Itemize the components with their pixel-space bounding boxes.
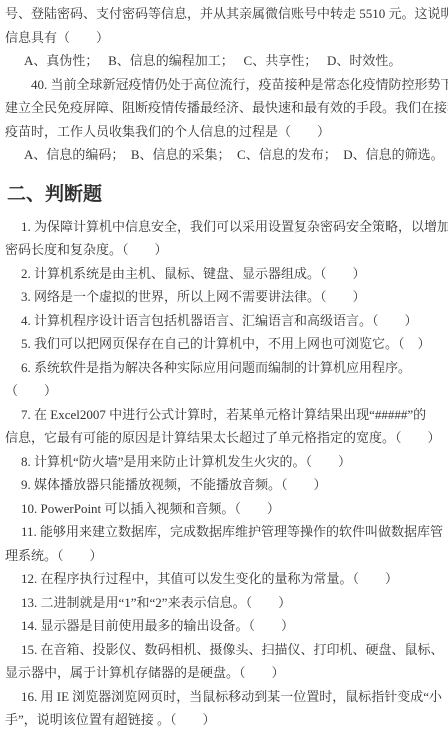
- judgment-item-15-line-2: 显示器中，属于计算机存储器的是硬盘。（ ）: [5, 661, 448, 685]
- judgment-item-11-line-2: 理系统。（ ）: [5, 544, 448, 568]
- judgment-item-8: 8. 计算机“防火墙”是用来防止计算机发生火灾的。（ ）: [5, 450, 448, 474]
- judgment-item-4: 4. 计算机程序设计语言包括机器语言、汇编语言和高级语言。（ ）: [5, 309, 448, 333]
- exam-document-page: 号、登陆密码、支付密码等信息，并从其亲属微信账号中转走 5510 元。这说明 信…: [0, 0, 448, 732]
- question-40-stem-line-3: 疫苗时，工作人员收集我们的个人信息的过程是（ ）: [5, 120, 448, 144]
- judgment-item-7-line-1: 7. 在 Excel2007 中进行公式计算时，若某单元格计算结果出现“####…: [5, 403, 448, 427]
- judgment-item-6-line-2: （ ）: [5, 379, 448, 403]
- judgment-item-16-line-1: 16. 用 IE 浏览器浏览网页时，当鼠标移动到某一位置时，鼠标指针变成“小: [5, 685, 448, 709]
- judgment-item-9: 9. 媒体播放器只能播放视频，不能播放音频。（ ）: [5, 473, 448, 497]
- judgment-item-14: 14. 显示器是目前使用最多的输出设备。（ ）: [5, 614, 448, 638]
- judgment-item-16-line-2: 手”，说明该位置有超链接 。（ ）: [5, 708, 448, 732]
- question-40-options: A、信息的编码； B、信息的采集； C、信息的发布； D、信息的筛选。: [5, 143, 448, 167]
- judgment-item-15-line-1: 15. 在音箱、投影仪、数码相机、摄像头、扫描仪、打印机、硬盘、鼠标、: [5, 638, 448, 662]
- judgment-item-7-line-2: 信息，它最有可能的原因是计算结果太长超过了单元格指定的宽度。（ ）: [5, 426, 448, 450]
- judgment-item-5: 5. 我们可以把网页保存在自己的计算机中，不用上网也可浏览它。（ ）: [5, 332, 448, 356]
- judgment-item-6-line-1: 6. 系统软件是指为解决各种实际应用问题而编制的计算机应用程序。: [5, 356, 448, 380]
- judgment-item-13: 13. 二进制就是用“1”和“2”来表示信息。（ ）: [5, 591, 448, 615]
- judgment-item-1-line-1: 1. 为保障计算机中信息安全，我们可以采用设置复杂密码安全策略，以增加: [5, 215, 448, 239]
- question-39-options: A、真伪性； B、信息的编程加工； C、共享性； D、时效性。: [5, 49, 448, 73]
- section-2-heading: 二、判断题: [7, 183, 448, 207]
- judgment-item-1-line-2: 密码长度和复杂度。（ ）: [5, 238, 448, 262]
- judgment-item-12: 12. 在程序执行过程中，其值可以发生变化的量称为常量。（ ）: [5, 567, 448, 591]
- judgment-item-3: 3. 网络是一个虚拟的世界，所以上网不需要讲法律。（ ）: [5, 285, 448, 309]
- question-39-stem-line-1: 号、登陆密码、支付密码等信息，并从其亲属微信账号中转走 5510 元。这说明: [5, 2, 448, 26]
- question-40-stem-line-2: 建立全民免疫屏障、阻断疫情传播最经济、最快速和最有效的手段。我们在接种: [5, 96, 448, 120]
- question-39-stem-line-2: 信息具有（ ）: [5, 26, 448, 50]
- judgment-item-10: 10. PowerPoint 可以插入视频和音频。（ ）: [5, 497, 448, 521]
- judgment-item-2: 2. 计算机系统是由主机、鼠标、键盘、显示器组成。（ ）: [5, 262, 448, 286]
- judgment-item-11-line-1: 11. 能够用来建立数据库，完成数据库维护管理等操作的软件叫做数据库管: [5, 520, 448, 544]
- question-40-stem-line-1: 40. 当前全球新冠疫情仍处于高位流行，疫苗接种是常态化疫情防控形势下: [5, 73, 448, 97]
